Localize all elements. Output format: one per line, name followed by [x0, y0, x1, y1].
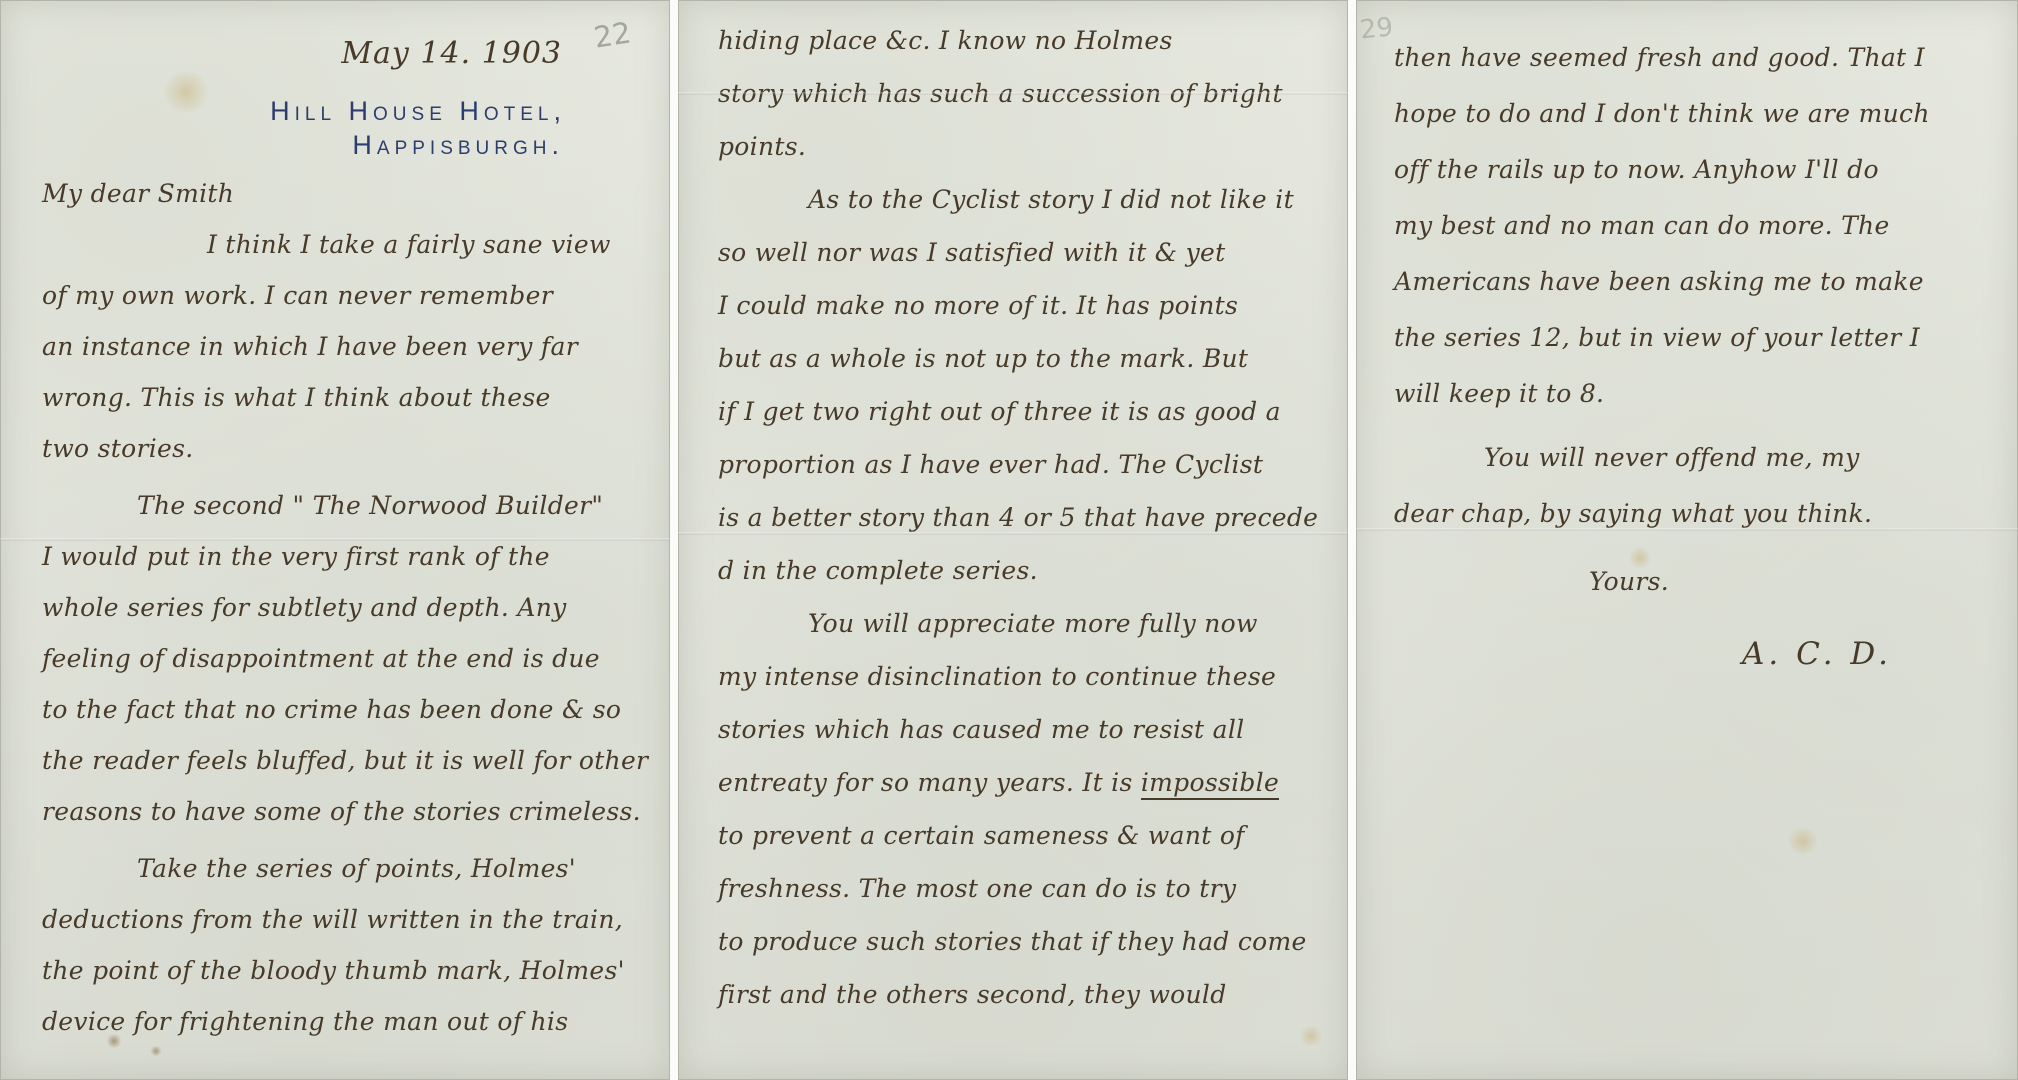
letter-page-1: 22 May 14. 1903 Hill House Hotel, Happis… — [0, 0, 670, 1080]
letter-page-3: 29 then have seemed fresh and good. That… — [1356, 0, 2018, 1080]
letter-line: to produce such stories that if they had… — [718, 915, 1338, 968]
letter-date: May 14. 1903 — [0, 36, 670, 71]
letter-line: hiding place &c. I know no Holmes — [718, 14, 1338, 67]
letter-line: stories which has caused me to resist al… — [718, 703, 1338, 756]
letter-line: first and the others second, they would — [718, 968, 1338, 1021]
letter-line: Yours. — [1589, 554, 2008, 610]
letter-line: d in the complete series. — [718, 544, 1338, 597]
letter-line: device for frightening the man out of hi… — [42, 996, 658, 1047]
letter-line: two stories. — [42, 423, 658, 474]
letter-line: You will never offend me, my — [1484, 430, 2008, 486]
letter-line: hope to do and I don't think we are much — [1394, 86, 2008, 142]
letter-line: whole series for subtlety and depth. Any — [42, 582, 658, 633]
letter-line: to the fact that no crime has been done … — [42, 684, 658, 735]
page-3-text: then have seemed fresh and good. That Ih… — [1356, 30, 2018, 682]
letter-line: my best and no man can do more. The — [1394, 198, 2008, 254]
letter-line: I could make no more of it. It has point… — [718, 279, 1338, 332]
letter-line: an instance in which I have been very fa… — [42, 321, 658, 372]
letter-line: the series 12, but in view of your lette… — [1394, 310, 2008, 366]
underlined-word: impossible — [1141, 768, 1279, 800]
letter-page-2: hiding place &c. I know no Holmesstory w… — [678, 0, 1348, 1080]
letter-line: the point of the bloody thumb mark, Holm… — [42, 945, 658, 996]
letter-line: if I get two right out of three it is as… — [718, 385, 1338, 438]
letter-line: I think I take a fairly sane view — [207, 219, 658, 270]
letter-line: the reader feels bluffed, but it is well… — [42, 735, 658, 786]
hotel-letterhead: Hill House Hotel, Happisburgh. — [0, 94, 670, 162]
letter-line: dear chap, by saying what you think. — [1394, 486, 2008, 542]
letter-line: You will appreciate more fully now — [808, 597, 1338, 650]
letter-line: wrong. This is what I think about these — [42, 372, 658, 423]
letter-line: Take the series of points, Holmes' — [137, 843, 658, 894]
letter-line: story which has such a succession of bri… — [718, 67, 1338, 120]
letter-line: to prevent a certain sameness & want of — [718, 809, 1338, 862]
letter-line: is a better story than 4 or 5 that have … — [718, 491, 1338, 544]
letter-line: then have seemed fresh and good. That I — [1394, 30, 2008, 86]
letter-line: so well nor was I satisfied with it & ye… — [718, 226, 1338, 279]
letter-line: points. — [718, 120, 1338, 173]
letter-line: As to the Cyclist story I did not like i… — [808, 173, 1338, 226]
letterhead-hotel-name: Hill House Hotel, — [0, 94, 670, 128]
letter-line: my intense disinclination to continue th… — [718, 650, 1338, 703]
page-1-text: My dear SmithI think I take a fairly san… — [0, 168, 670, 1047]
letter-line: Americans have been asking me to make — [1394, 254, 2008, 310]
letter-line: off the rails up to now. Anyhow I'll do — [1394, 142, 2008, 198]
letter-line: I would put in the very first rank of th… — [42, 531, 658, 582]
letter-line: deductions from the will written in the … — [42, 894, 658, 945]
letter-line: freshness. The most one can do is to try — [718, 862, 1338, 915]
letter-line: entreaty for so many years. It is imposs… — [718, 756, 1338, 809]
letter-line: of my own work. I can never remember — [42, 270, 658, 321]
paper-stain — [1786, 828, 1820, 854]
letter-line: will keep it to 8. — [1394, 366, 2008, 422]
letter-photograph: { "document": { "kind": "Handwritten let… — [0, 0, 2018, 1080]
letter-line: feeling of disappointment at the end is … — [42, 633, 658, 684]
letter-line: The second " The Norwood Builder" — [137, 480, 658, 531]
letter-line: A. C. D. — [1742, 626, 2008, 682]
letter-line: My dear Smith — [42, 168, 658, 219]
page-2-text: hiding place &c. I know no Holmesstory w… — [678, 14, 1348, 1021]
paper-stain — [1298, 1026, 1324, 1046]
letterhead-hotel-town: Happisburgh. — [0, 128, 670, 162]
letter-line: reasons to have some of the stories crim… — [42, 786, 658, 837]
letter-line: but as a whole is not up to the mark. Bu… — [718, 332, 1338, 385]
paper-stain — [150, 1046, 162, 1056]
letter-line: proportion as I have ever had. The Cycli… — [718, 438, 1338, 491]
